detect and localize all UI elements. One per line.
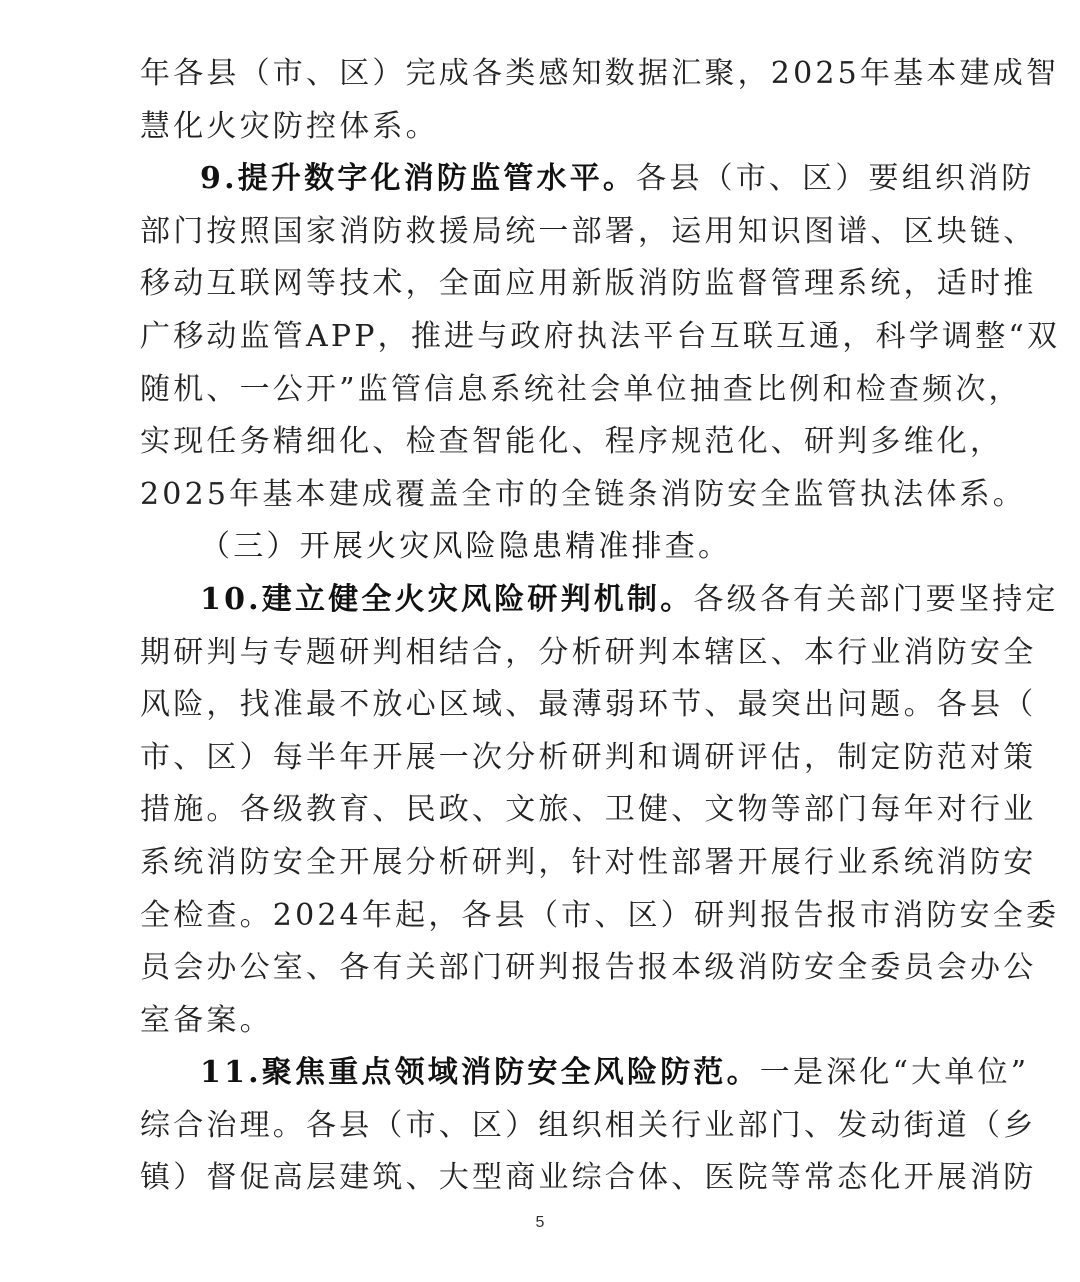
text-line-4: 部门按照国家消防救援局统一部署，运用知识图谱、区块链、 — [140, 206, 940, 259]
text-line-7: 随机、一公开”监管信息系统社会单位抽查比例和检查频次， — [140, 364, 940, 417]
body-text: 年各县（市、区）完成各类感知数据汇聚，2025年基本建成智 慧化火灾防控体系。 … — [140, 48, 940, 1205]
line-text: 全检查。2024年起，各县（市、区）研判报告报市消防安全委 — [140, 898, 1059, 933]
line-text: 室备案。 — [140, 1003, 273, 1038]
line-text: 期研判与专题研判相结合，分析研判本辖区、本行业消防安全 — [140, 635, 1036, 670]
text-line-19: 室备案。 — [140, 995, 940, 1048]
text-line-15: 措施。各级教育、民政、文旅、卫健、文物等部门每年对行业 — [140, 784, 940, 837]
line-text: 各级各有关部门要坚持定 — [693, 582, 1058, 617]
text-line-14: 市、区）每半年开展一次分析研判和调研评估，制定防范对策 — [140, 732, 940, 785]
item-10-title: 10.建立健全火灾风险研判机制。 — [200, 582, 693, 617]
line-text: 系统消防安全开展分析研判，针对性部署开展行业系统消防安 — [140, 845, 1036, 880]
line-text: 各县（市、区）要组织消防 — [636, 161, 1034, 196]
text-line-12: 期研判与专题研判相结合，分析研判本辖区、本行业消防安全 — [140, 627, 940, 680]
text-line-9: 2025年基本建成覆盖全市的全链条消防安全监管执法体系。 — [140, 469, 940, 522]
section-heading-text: （三）开展火灾风险隐患精准排查。 — [200, 529, 731, 564]
text-line-2: 慧化火灾防控体系。 — [140, 101, 940, 154]
text-line-13: 风险，找准最不放心区域、最薄弱环节、最突出问题。各县（ — [140, 679, 940, 732]
page-number: 5 — [532, 1214, 548, 1232]
item-9-heading-line: 9.提升数字化消防监管水平。各县（市、区）要组织消防 — [140, 153, 940, 206]
text-line-6: 广移动监管APP，推进与政府执法平台互联互通，科学调整“双 — [140, 311, 940, 364]
line-text: 随机、一公开”监管信息系统社会单位抽查比例和检查频次， — [140, 372, 1022, 407]
line-text: 镇）督促高层建筑、大型商业综合体、医院等常态化开展消防 — [140, 1160, 1036, 1195]
text-line-21: 综合治理。各县（市、区）组织相关行业部门、发动街道（乡 — [140, 1100, 940, 1153]
text-line-1: 年各县（市、区）完成各类感知数据汇聚，2025年基本建成智 — [140, 48, 940, 101]
item-11-heading-line: 11.聚焦重点领域消防安全风险防范。一是深化“大单位” — [140, 1047, 940, 1100]
section-3-heading: （三）开展火灾风险隐患精准排查。 — [140, 521, 940, 574]
item-11-title: 11.聚焦重点领域消防安全风险防范。 — [200, 1055, 760, 1090]
item-9-title: 9.提升数字化消防监管水平。 — [200, 161, 636, 196]
line-text: 措施。各级教育、民政、文旅、卫健、文物等部门每年对行业 — [140, 792, 1036, 827]
line-text: 综合治理。各县（市、区）组织相关行业部门、发动街道（乡 — [140, 1108, 1036, 1143]
text-line-5: 移动互联网等技术，全面应用新版消防监督管理系统，适时推 — [140, 258, 940, 311]
text-line-16: 系统消防安全开展分析研判，针对性部署开展行业系统消防安 — [140, 837, 940, 890]
line-text: 部门按照国家消防救援局统一部署，运用知识图谱、区块链、 — [140, 214, 1036, 249]
document-page: 年各县（市、区）完成各类感知数据汇聚，2025年基本建成智 慧化火灾防控体系。 … — [0, 0, 1080, 1282]
text-line-8: 实现任务精细化、检查智能化、程序规范化、研判多维化， — [140, 416, 940, 469]
line-text: 市、区）每半年开展一次分析研判和调研评估，制定防范对策 — [140, 740, 1036, 775]
line-text: 慧化火灾防控体系。 — [140, 109, 439, 144]
line-text: 广移动监管APP，推进与政府执法平台互联互通，科学调整“双 — [140, 319, 1060, 354]
text-line-18: 员会办公室、各有关部门研判报告报本级消防安全委员会办公 — [140, 942, 940, 995]
line-text: 年各县（市、区）完成各类感知数据汇聚，2025年基本建成智 — [140, 56, 1059, 91]
text-line-22: 镇）督促高层建筑、大型商业综合体、医院等常态化开展消防 — [140, 1152, 940, 1205]
line-text: 风险，找准最不放心区域、最薄弱环节、最突出问题。各县（ — [140, 687, 1036, 722]
line-text: 2025年基本建成覆盖全市的全链条消防安全监管执法体系。 — [140, 477, 1026, 512]
item-10-heading-line: 10.建立健全火灾风险研判机制。各级各有关部门要坚持定 — [140, 574, 940, 627]
line-text: 一是深化“大单位” — [760, 1055, 1029, 1090]
line-text: 员会办公室、各有关部门研判报告报本级消防安全委员会办公 — [140, 950, 1036, 985]
line-text: 实现任务精细化、检查智能化、程序规范化、研判多维化， — [140, 424, 1003, 459]
text-line-17: 全检查。2024年起，各县（市、区）研判报告报市消防安全委 — [140, 890, 940, 943]
line-text: 移动互联网等技术，全面应用新版消防监督管理系统，适时推 — [140, 266, 1036, 301]
